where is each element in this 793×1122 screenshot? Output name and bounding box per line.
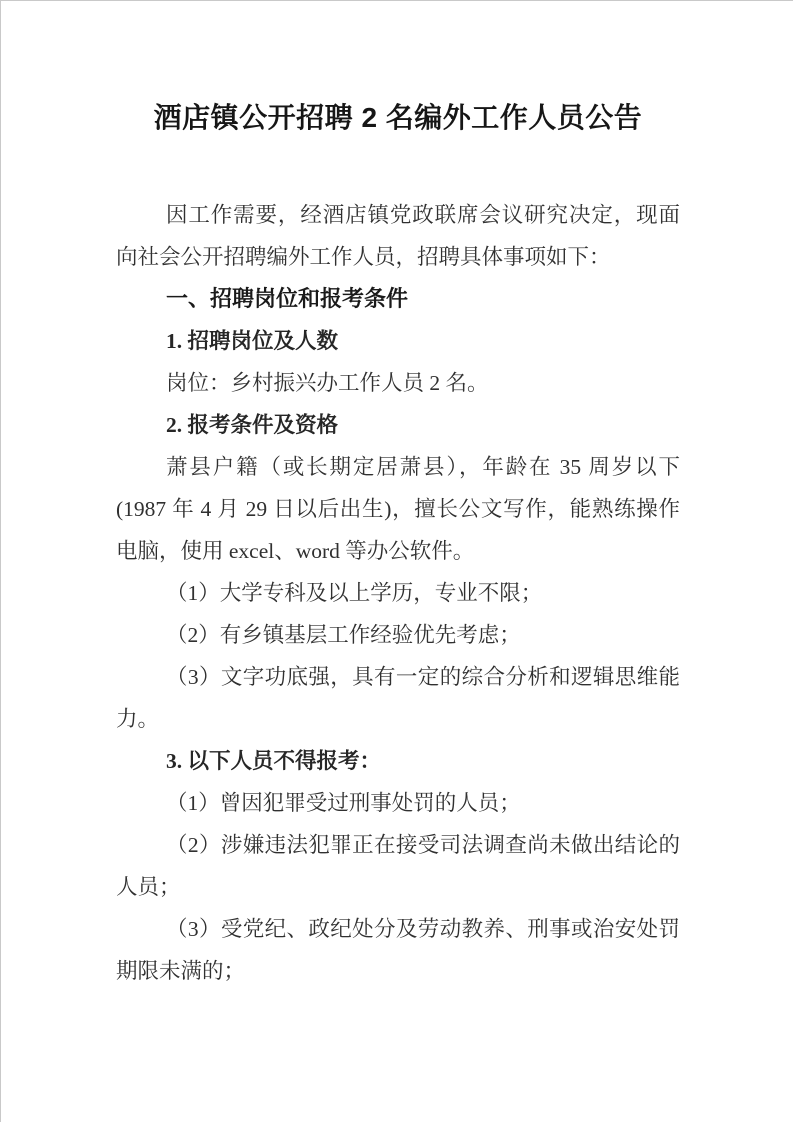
ineligible-item-2: （2）涉嫌违法犯罪正在接受司法调查尚未做出结论的人员； [116,824,680,908]
requirement-item-3: （3）文字功底强，具有一定的综合分析和逻辑思维能力。 [116,656,680,740]
subheading-positions: 1. 招聘岗位及人数 [116,320,680,362]
requirements-paragraph: 萧县户籍（或长期定居萧县），年龄在 35 周岁以下(1987 年 4 月 29 … [116,446,680,572]
section-heading-1: 一、招聘岗位和报考条件 [116,278,680,320]
document-content: 酒店镇公开招聘 2 名编外工作人员公告 因工作需要，经酒店镇党政联席会议研究决定… [1,98,793,992]
subheading-requirements: 2. 报考条件及资格 [116,404,680,446]
document-page: 酒店镇公开招聘 2 名编外工作人员公告 因工作需要，经酒店镇党政联席会议研究决定… [0,0,793,1122]
document-title: 酒店镇公开招聘 2 名编外工作人员公告 [116,98,680,138]
ineligible-item-1: （1）曾因犯罪受过刑事处罚的人员； [116,782,680,824]
requirement-item-2: （2）有乡镇基层工作经验优先考虑； [116,614,680,656]
intro-paragraph: 因工作需要，经酒店镇党政联席会议研究决定，现面向社会公开招聘编外工作人员，招聘具… [116,194,680,278]
subheading-ineligible: 3. 以下人员不得报考： [116,740,680,782]
requirement-item-1: （1）大学专科及以上学历，专业不限； [116,572,680,614]
ineligible-item-3: （3）受党纪、政纪处分及劳动教养、刑事或治安处罚期限未满的； [116,908,680,992]
position-paragraph: 岗位：乡村振兴办工作人员 2 名。 [116,362,680,404]
